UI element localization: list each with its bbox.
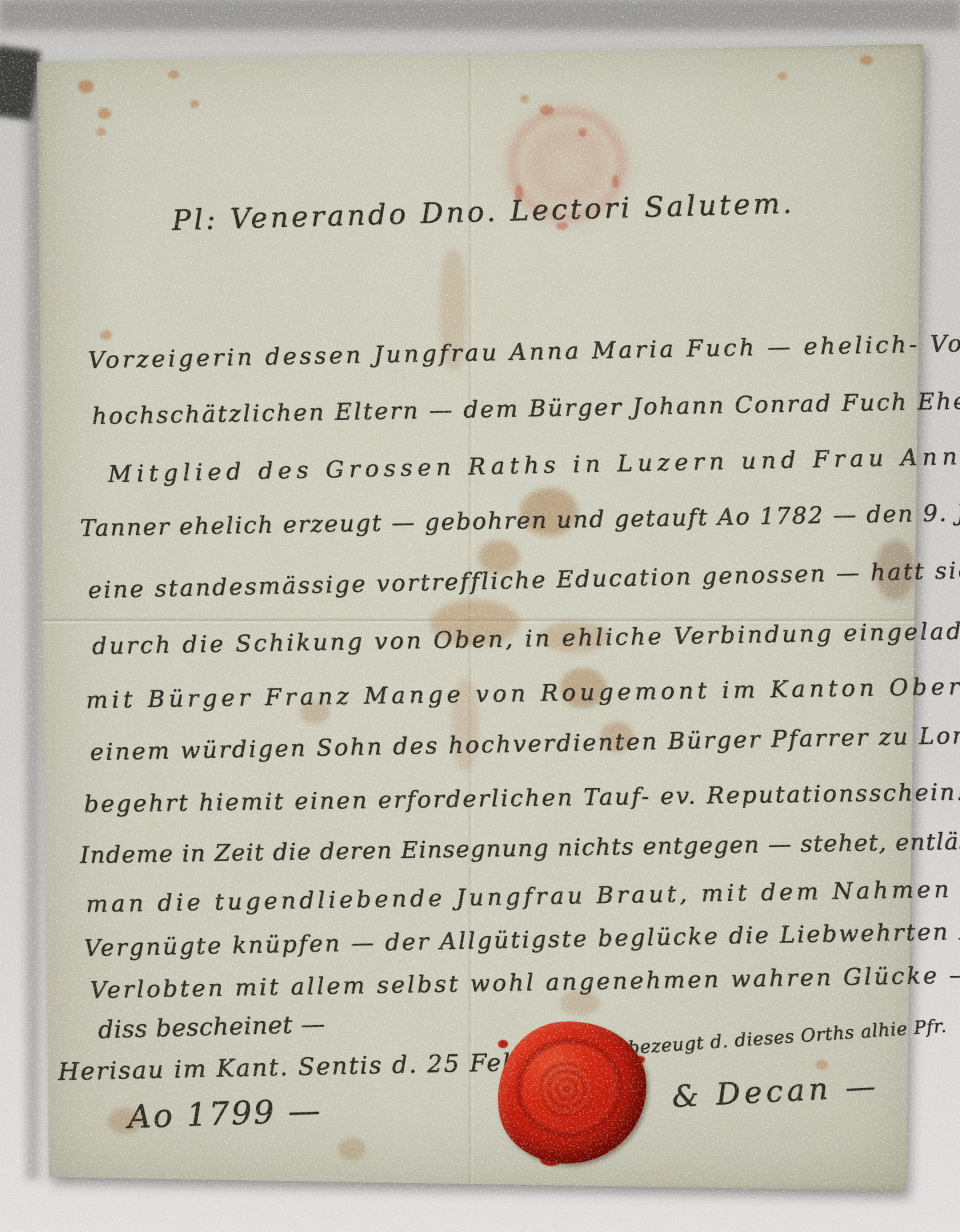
seal-offset-fleck bbox=[540, 105, 554, 115]
photo-of-document: Pl: Venerando Dno. Lectori Salutem. Vorz… bbox=[0, 0, 960, 1232]
wax-seal-drip bbox=[498, 1040, 508, 1048]
paper-surface bbox=[0, 0, 960, 1232]
attestation-line: diss bescheinet — bbox=[98, 1010, 326, 1044]
year-line: Ao 1799 — bbox=[127, 1091, 322, 1136]
foxing-spot bbox=[930, 1115, 941, 1124]
seal-offset-fleck bbox=[578, 128, 587, 137]
manuscript-sheet bbox=[0, 0, 960, 1232]
seal-offset-fleck bbox=[612, 175, 619, 188]
